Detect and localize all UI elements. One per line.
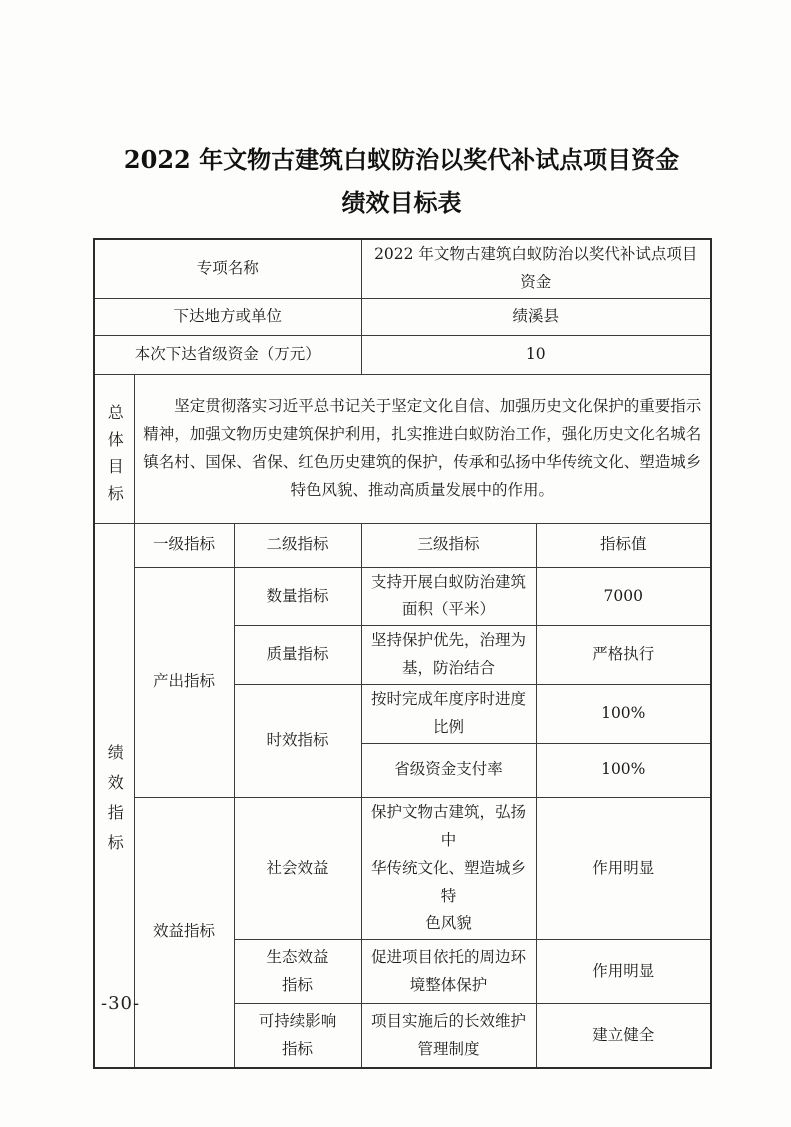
provincial-fund-label: 本次下达省级资金（万元） <box>94 335 361 374</box>
social-benefit-value: 作用明显 <box>536 797 711 939</box>
issued-region-label: 下达地方或单位 <box>94 298 361 335</box>
social-benefit-desc: 保护文物古建筑，弘扬中 华传统文化、塑造城乡特 色风貌 <box>361 797 536 939</box>
sustainable-impact-desc: 项目实施后的长效维护 管理制度 <box>361 1004 536 1068</box>
title-line-1: 2022 年文物古建筑白蚁防治以奖代补试点项目资金 <box>93 138 710 181</box>
special-fund-name-value: 2022 年文物古建筑白蚁防治以奖代补试点项目资金 <box>361 239 711 298</box>
benefit-indicator-group-label: 效益指标 <box>134 797 234 1067</box>
performance-indicator-label-cell: 绩效指标 <box>94 523 134 1068</box>
header-level1: 一级指标 <box>134 523 234 567</box>
special-fund-name-label: 专项名称 <box>94 239 361 298</box>
quality-indicator-label: 质量指标 <box>234 626 361 685</box>
ecological-benefit-value: 作用明显 <box>536 940 711 1004</box>
social-benefit-label: 社会效益 <box>234 797 361 939</box>
quality-indicator-value: 严格执行 <box>536 626 711 685</box>
header-level2: 二级指标 <box>234 523 361 567</box>
document-page: 2022 年文物古建筑白蚁防治以奖代补试点项目资金 绩效目标表 专项名称 202… <box>0 0 791 1127</box>
title-line-2: 绩效目标表 <box>93 181 710 224</box>
ecological-benefit-label: 生态效益 指标 <box>234 940 361 1004</box>
timeliness-indicator-label: 时效指标 <box>234 685 361 798</box>
table-row-overall-goal: 总体目标 坚定贯彻落实习近平总书记关于坚定文化自信、加强历史文化保护的重要指示精… <box>94 374 711 523</box>
table-row-special-fund-name: 专项名称 2022 年文物古建筑白蚁防治以奖代补试点项目资金 <box>94 239 711 298</box>
overall-goal-text: 坚定贯彻落实习近平总书记关于坚定文化自信、加强历史文化保护的重要指示精神，加强文… <box>134 374 711 523</box>
quantity-indicator-desc: 支持开展白蚁防治建筑 面积（平米） <box>361 567 536 626</box>
payment-rate-desc: 省级资金支付率 <box>361 743 536 797</box>
quantity-indicator-label: 数量指标 <box>234 567 361 626</box>
ecological-benefit-desc: 促进项目依托的周边环 境整体保护 <box>361 940 536 1004</box>
header-level3: 三级指标 <box>361 523 536 567</box>
timeliness-progress-desc: 按时完成年度序时进度 比例 <box>361 685 536 744</box>
table-row-indicator-headers: 绩效指标 一级指标 二级指标 三级指标 指标值 <box>94 523 711 567</box>
table-row-provincial-fund: 本次下达省级资金（万元） 10 <box>94 335 711 374</box>
quality-indicator-desc: 坚持保护优先，治理为 基，防治结合 <box>361 626 536 685</box>
output-indicator-group-label: 产出指标 <box>134 567 234 797</box>
overall-goal-label-cell: 总体目标 <box>94 374 134 523</box>
header-value: 指标值 <box>536 523 711 567</box>
performance-target-table: 专项名称 2022 年文物古建筑白蚁防治以奖代补试点项目资金 下达地方或单位 绩… <box>93 238 712 1069</box>
table-row-social-benefit: 效益指标 社会效益 保护文物古建筑，弘扬中 华传统文化、塑造城乡特 色风貌 作用… <box>94 797 711 939</box>
payment-rate-value: 100% <box>536 743 711 797</box>
sustainable-impact-label: 可持续影响 指标 <box>234 1004 361 1068</box>
timeliness-progress-value: 100% <box>536 685 711 744</box>
overall-goal-label: 总体目标 <box>106 404 122 512</box>
performance-indicator-label: 绩效指标 <box>106 744 122 864</box>
document-title: 2022 年文物古建筑白蚁防治以奖代补试点项目资金 绩效目标表 <box>93 138 710 224</box>
table-row-quantity-indicator: 产出指标 数量指标 支持开展白蚁防治建筑 面积（平米） 7000 <box>94 567 711 626</box>
provincial-fund-value: 10 <box>361 335 711 374</box>
issued-region-value: 绩溪县 <box>361 298 711 335</box>
sustainable-impact-value: 建立健全 <box>536 1004 711 1068</box>
page-number: -30- <box>101 993 140 1014</box>
table-row-issued-region: 下达地方或单位 绩溪县 <box>94 298 711 335</box>
quantity-indicator-value: 7000 <box>536 567 711 626</box>
